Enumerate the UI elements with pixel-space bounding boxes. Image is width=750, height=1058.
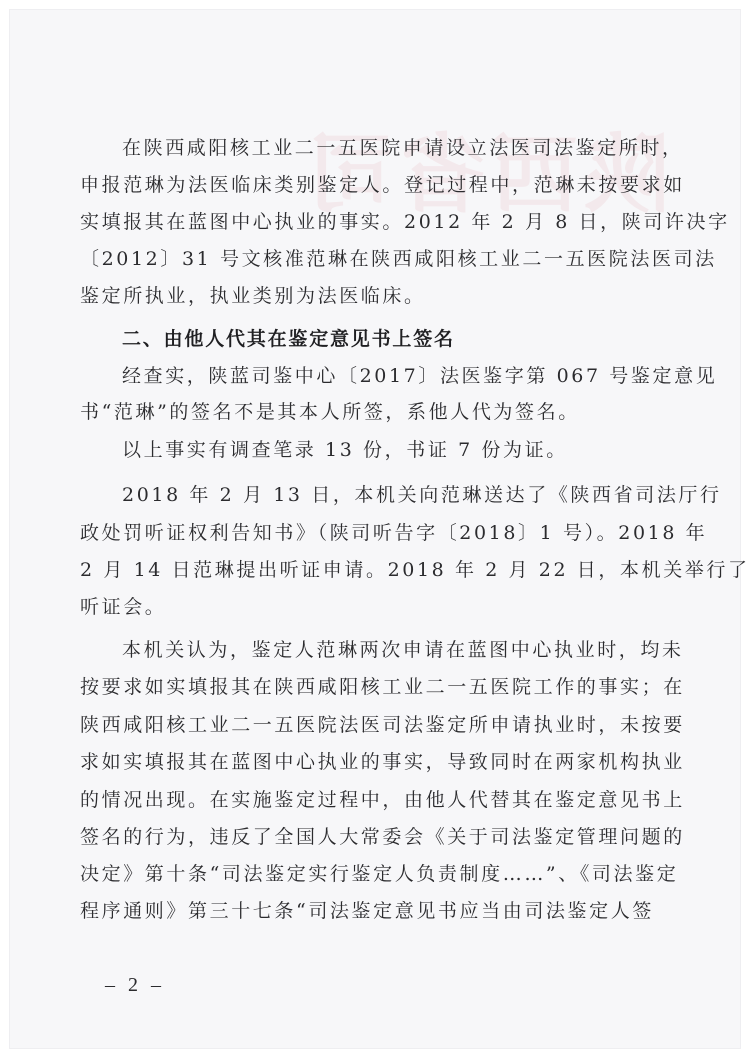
text-line: 〔2012〕31 号文核准范琳在陕西咸阳核工业二一五医院法医司法 — [80, 247, 717, 271]
text-line: 程序通则》第三十七条“司法鉴定意见书应当由司法鉴定人签 — [80, 899, 654, 923]
text-line: 经查实，陕蓝司鉴中心〔2017〕法医鉴字第 067 号鉴定意见 — [122, 364, 717, 388]
text-line: 以上事实有调查笔录 13 份，书证 7 份为证。 — [122, 438, 568, 462]
text-line: 签名的行为，违反了全国人大常委会《关于司法鉴定管理问题的 — [80, 825, 685, 849]
text-line: 求如实填报其在蓝图中心执业的事实，导致同时在两家机构执业 — [80, 750, 685, 774]
text-line: 政处罚听证权利告知书》（陕司听告字〔2018〕1 号）。2018 年 — [80, 521, 707, 545]
text-line: 本机关认为，鉴定人范琳两次申请在蓝图中心执业时，均未 — [122, 638, 684, 662]
text-line: 听证会。 — [80, 595, 166, 619]
text-line: 2 月 14 日范琳提出听证申请。2018 年 2 月 22 日，本机关举行了 — [80, 558, 750, 582]
text-line: 2018 年 2 月 13 日，本机关向范琳送达了《陕西省司法厅行 — [122, 483, 722, 507]
text-line: 决定》第十条“司法鉴定实行鉴定人负责制度……”、《司法鉴定 — [80, 862, 678, 886]
text-line: 陕西咸阳核工业二一五医院法医司法鉴定所申请执业时，未按要 — [80, 713, 685, 737]
text-line: 按要求如实填报其在陕西咸阳核工业二一五医院工作的事实；在 — [80, 675, 685, 699]
page-number: – 2 – — [105, 974, 165, 997]
section-heading: 二、由他人代其在鉴定意见书上签名 — [122, 327, 455, 351]
scanned-page: 陕西省司法厅 在陕西咸阳核工业二一五医院申请设立法医司法鉴定所时，申报范琳为法医… — [10, 10, 740, 1048]
text-line: 书“范琳”的签名不是其本人所签，系他人代为签名。 — [80, 400, 580, 424]
text-line: 的情况出现。在实施鉴定过程中，由他人代替其在鉴定意见书上 — [80, 788, 685, 812]
text-line: 申报范琳为法医临床类别鉴定人。登记过程中，范琳未按要求如 — [80, 173, 685, 197]
letterhead-bleed-through: 陕西省司法厅 — [310, 105, 670, 215]
text-line: 在陕西咸阳核工业二一五医院申请设立法医司法鉴定所时， — [122, 136, 684, 160]
text-line: 实填报其在蓝图中心执业的事实。2012 年 2 月 8 日，陕司许决字 — [80, 210, 730, 234]
text-line: 鉴定所执业，执业类别为法医临床。 — [80, 284, 426, 308]
